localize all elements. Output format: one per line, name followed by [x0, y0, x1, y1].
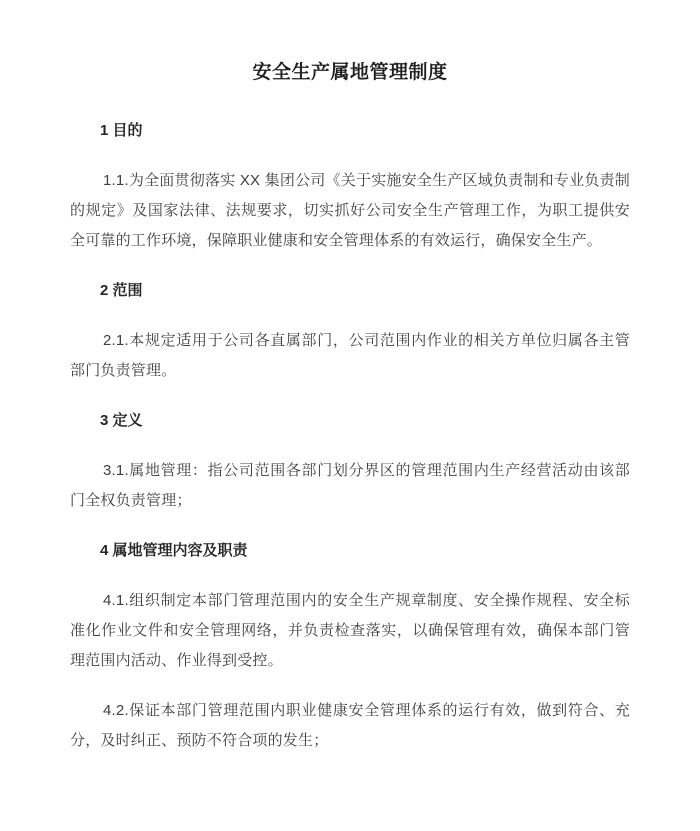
- section-heading-duties: 4 属地管理内容及职责: [70, 536, 630, 566]
- section-heading-scope: 2 范围: [70, 276, 630, 306]
- document-page: 安全生产属地管理制度 1 目的 1.1.为全面贯彻落实 XX 集团公司《关于实施…: [0, 0, 700, 831]
- paragraph-4-2: 4.2.保证本部门管理范围内职业健康安全管理体系的运行有效，做到符合、充分，及时…: [70, 696, 630, 756]
- document-title: 安全生产属地管理制度: [70, 58, 630, 88]
- section-heading-definition: 3 定义: [70, 406, 630, 436]
- paragraph-4-1: 4.1.组织制定本部门管理范围内的安全生产规章制度、安全操作规程、安全标准化作业…: [70, 586, 630, 676]
- paragraph-3-1: 3.1.属地管理：指公司范围各部门划分界区的管理范围内生产经营活动由该部门全权负…: [70, 456, 630, 516]
- paragraph-2-1: 2.1.本规定适用于公司各直属部门，公司范围内作业的相关方单位归属各主管部门负责…: [70, 326, 630, 386]
- section-heading-purpose: 1 目的: [70, 116, 630, 146]
- paragraph-1-1: 1.1.为全面贯彻落实 XX 集团公司《关于实施安全生产区域负责制和专业负责制的…: [70, 166, 630, 256]
